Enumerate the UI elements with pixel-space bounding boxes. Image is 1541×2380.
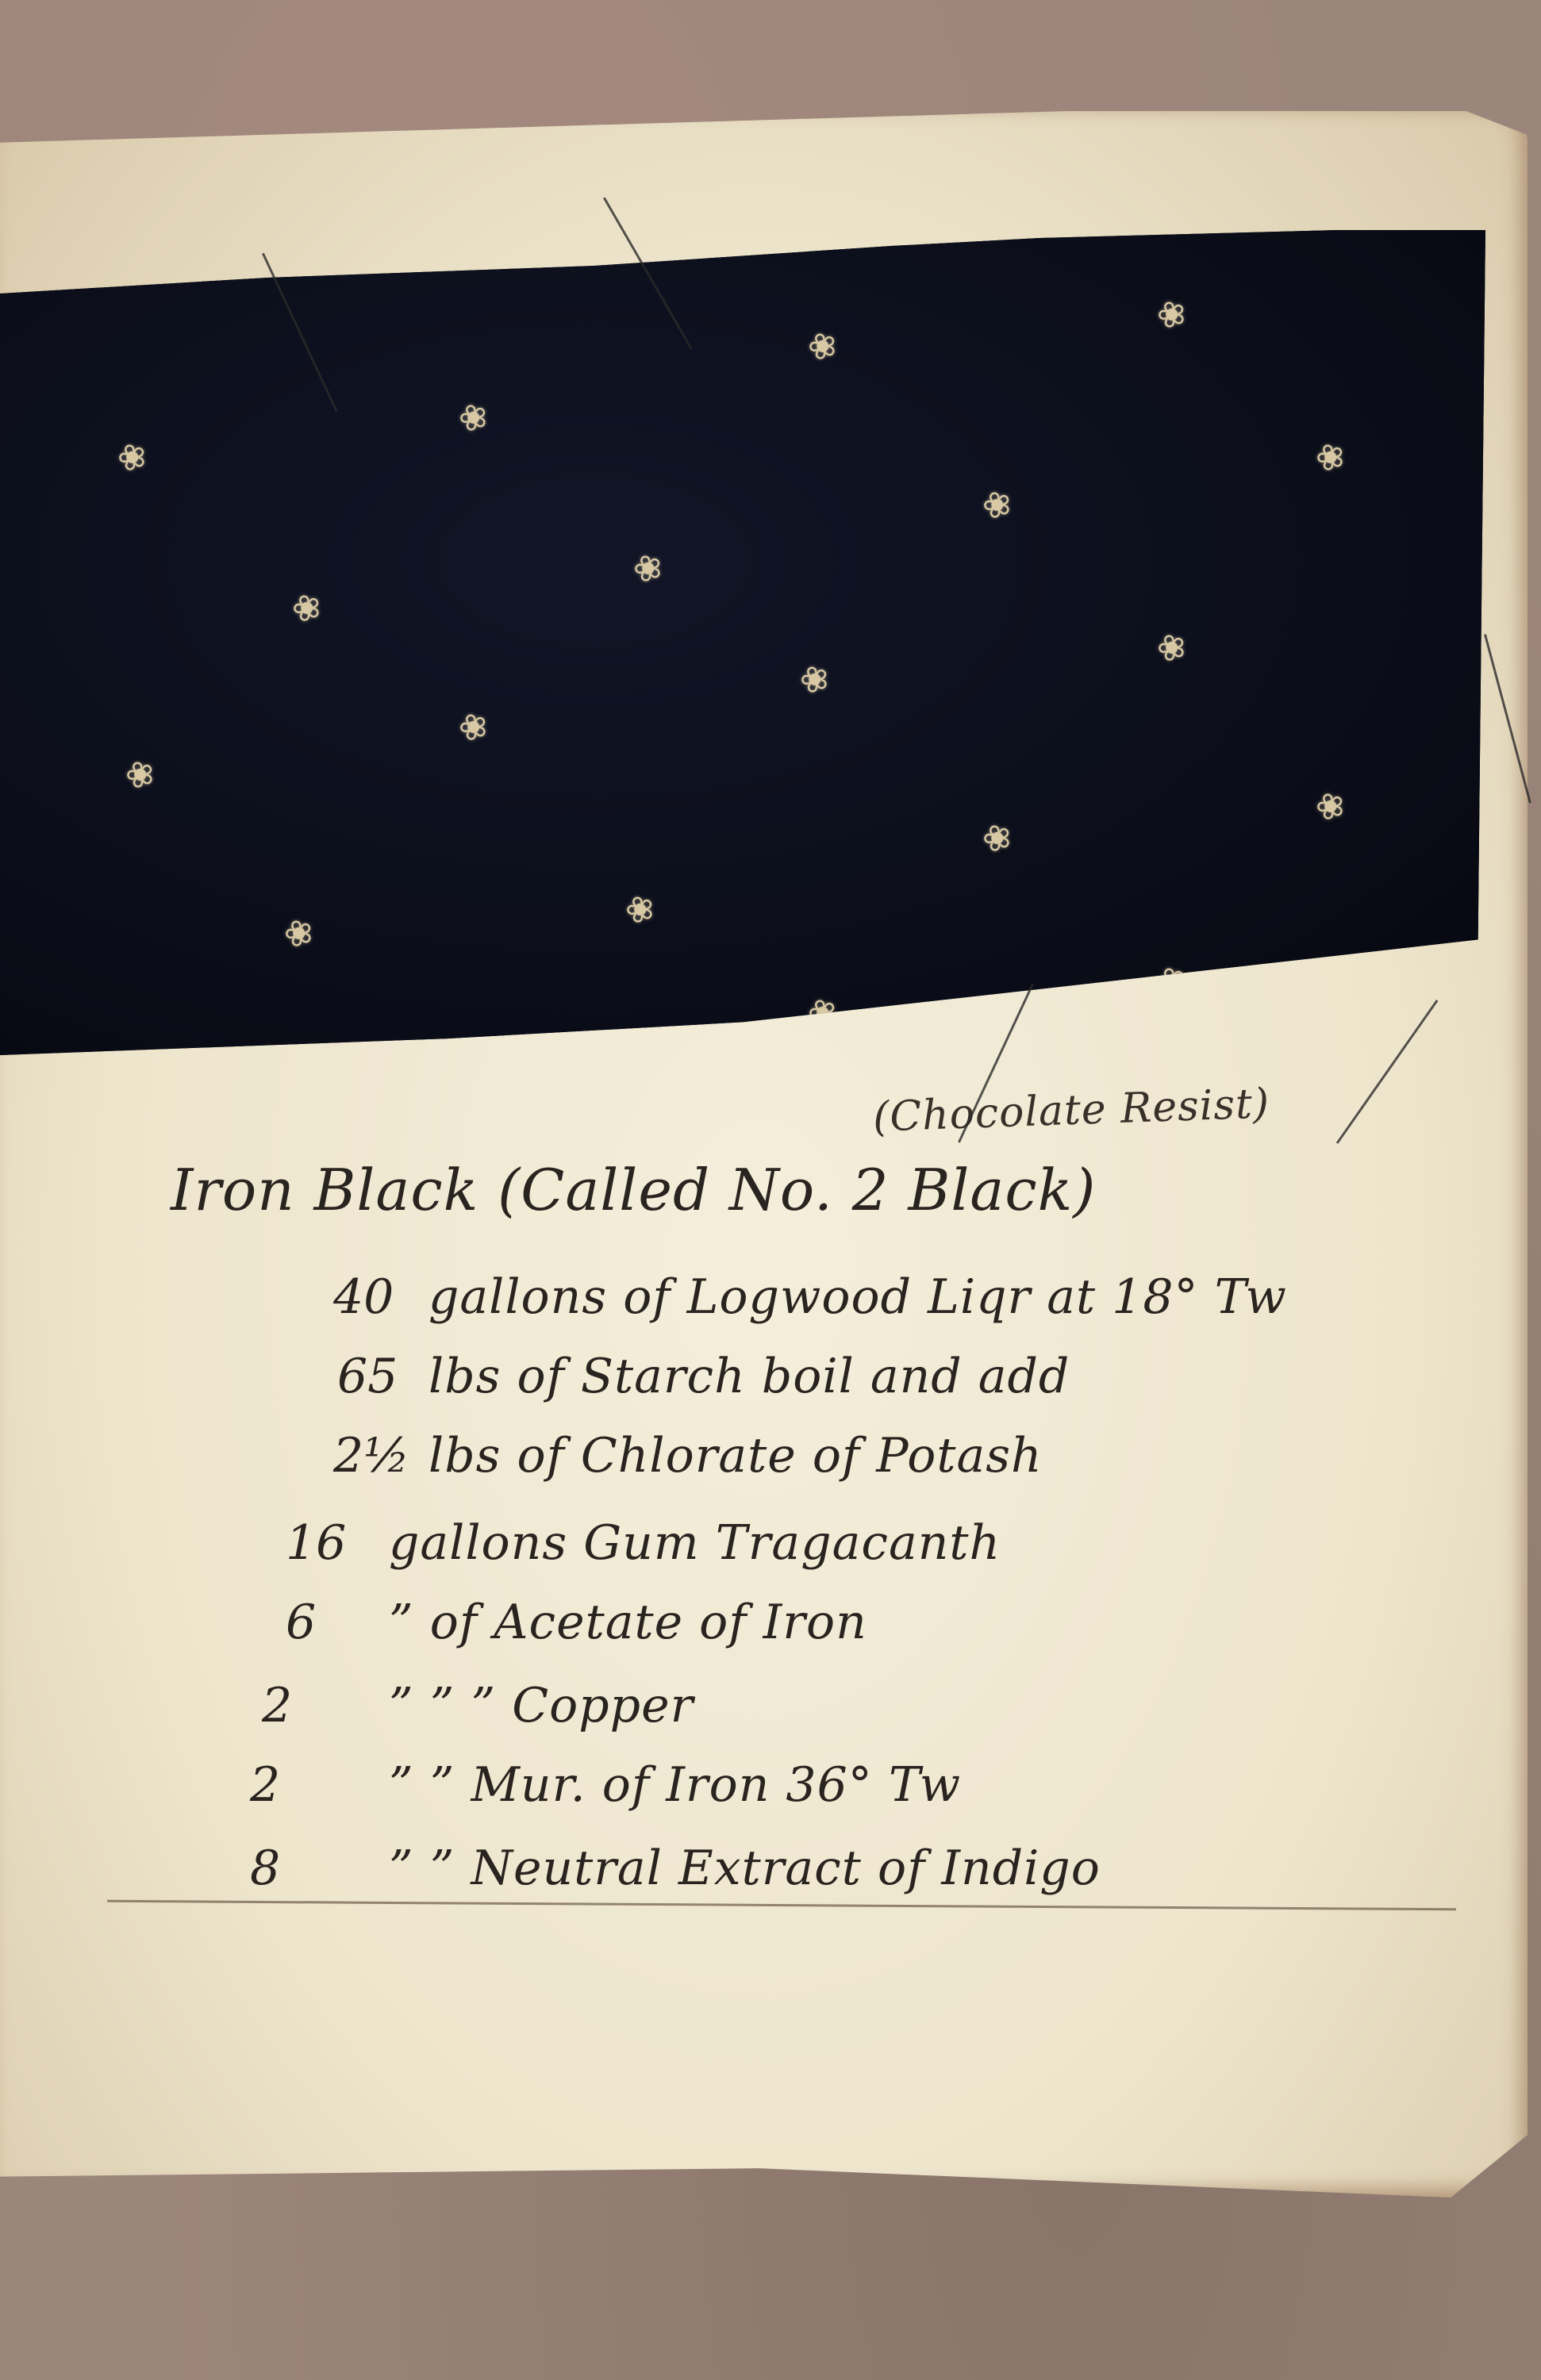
flower-sprig-icon: ❀ <box>787 652 842 707</box>
flower-sprig-icon: ❀ <box>970 811 1024 866</box>
flower-sprig-icon: ❀ <box>446 700 501 754</box>
flower-sprig-icon: ❀ <box>105 430 159 485</box>
recipe-ingredient: ” ” Mur. of Iron 36° Tw <box>389 1757 961 1813</box>
recipe-ingredient: lbs of Chlorate of Potash <box>428 1428 1043 1484</box>
flower-sprig-icon: ❀ <box>1144 287 1199 342</box>
recipe-quantity: 6 <box>286 1595 316 1650</box>
recipe-ingredient: gallons Gum Tragacanth <box>389 1515 1001 1571</box>
recipe-ingredient: ” of Acetate of Iron <box>389 1595 867 1650</box>
flower-sprig-icon: ❀ <box>795 319 850 374</box>
flower-sprig-icon: ❀ <box>613 882 667 937</box>
flower-sprig-icon: ❀ <box>446 390 501 445</box>
flower-sprig-icon: ❀ <box>1303 430 1358 485</box>
flower-sprig-icon: ❀ <box>271 906 326 961</box>
recipe-ingredient: ” ” Neutral Extract of Indigo <box>389 1841 1101 1896</box>
flower-sprig-icon: ❀ <box>621 541 675 596</box>
flower-sprig-icon: ❀ <box>1144 620 1199 675</box>
recipe-quantity: 40 <box>333 1269 394 1325</box>
recipe-ingredient: lbs of Starch boil and add <box>428 1349 1070 1404</box>
recipe-ingredient: gallons of Logwood Liqr at 18° Tw <box>428 1269 1287 1325</box>
recipe-ingredient: ” ” ” Copper <box>389 1678 694 1733</box>
recipe-quantity: 2 <box>262 1678 292 1733</box>
recipe-quantity: 2 <box>250 1757 280 1813</box>
fabric-swatch: ❀❀❀❀❀❀❀❀❀❀❀❀❀❀❀❀❀❀ <box>0 230 1485 1055</box>
flower-sprig-icon: ❀ <box>279 581 334 635</box>
recipe-quantity: 8 <box>250 1841 280 1896</box>
flower-sprig-icon: ❀ <box>113 747 167 802</box>
recipe-quantity: 65 <box>337 1349 398 1404</box>
recipe-quantity: 16 <box>286 1515 346 1571</box>
recipe-title: Iron Black (Called No. 2 Black) <box>171 1157 1096 1223</box>
flower-sprig-icon: ❀ <box>970 478 1024 532</box>
recipe-quantity: 2½ <box>333 1428 409 1484</box>
flower-sprig-icon: ❀ <box>1303 779 1358 834</box>
